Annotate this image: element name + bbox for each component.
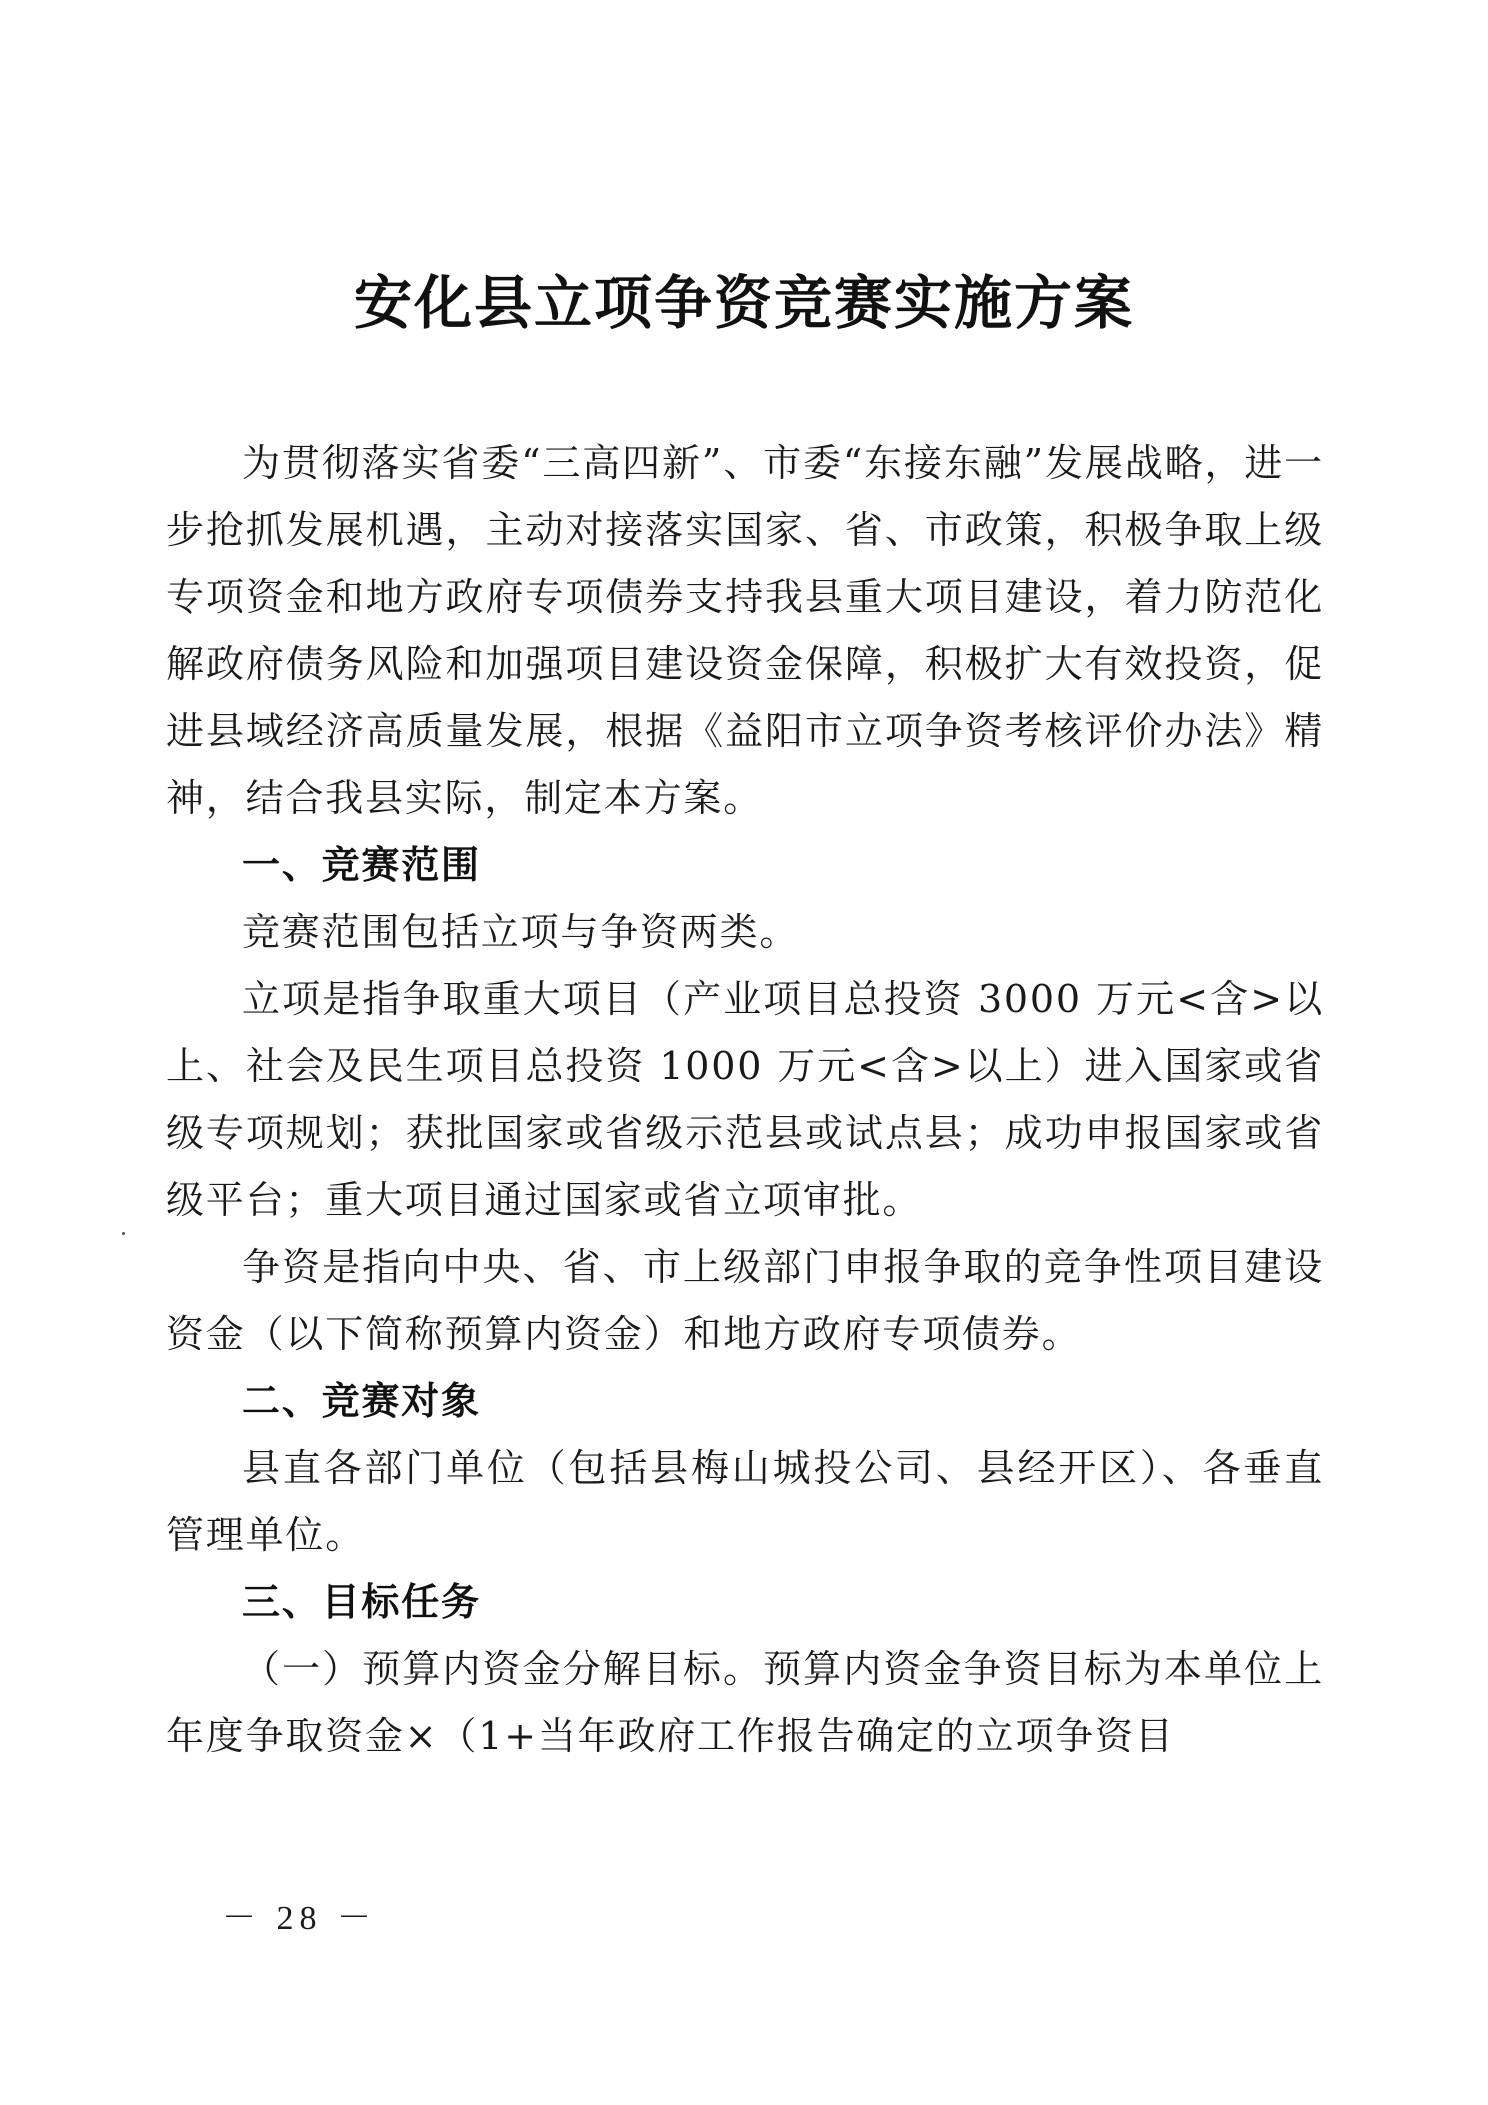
participants-paragraph: 县直各部门单位（包括县梅山城投公司、县经开区）、各垂直管理单位。 xyxy=(166,1435,1324,1569)
section-heading-scope: 一、竞赛范围 xyxy=(166,832,1324,899)
document-body: 为贯彻落实省委“三高四新”、市委“东接东融”发展战略，进一步抢抓发展机遇，主动对… xyxy=(166,430,1324,1770)
document-title: 安化县立项争资竞赛实施方案 xyxy=(0,258,1488,348)
scope-paragraph-1: 竞赛范围包括立项与争资两类。 xyxy=(166,899,1324,966)
document-page: 安化县立项争资竞赛实施方案 为贯彻落实省委“三高四新”、市委“东接东融”发展战略… xyxy=(0,0,1488,2105)
scope-paragraph-3: 争资是指向中央、省、市上级部门申报争取的竞争性项目建设资金（以下简称预算内资金）… xyxy=(166,1234,1324,1368)
section-heading-targets: 三、目标任务 xyxy=(166,1569,1324,1636)
section-heading-participants: 二、竞赛对象 xyxy=(166,1368,1324,1435)
scope-paragraph-2: 立项是指争取重大项目（产业项目总投资 3000 万元<含>以上、社会及民生项目总… xyxy=(166,966,1324,1234)
scan-dot-mark xyxy=(122,1232,125,1235)
page-number: － 28 － xyxy=(222,1890,377,1939)
intro-paragraph: 为贯彻落实省委“三高四新”、市委“东接东融”发展战略，进一步抢抓发展机遇，主动对… xyxy=(166,430,1324,832)
targets-paragraph: （一）预算内资金分解目标。预算内资金争资目标为本单位上年度争取资金×（1+当年政… xyxy=(166,1636,1324,1770)
